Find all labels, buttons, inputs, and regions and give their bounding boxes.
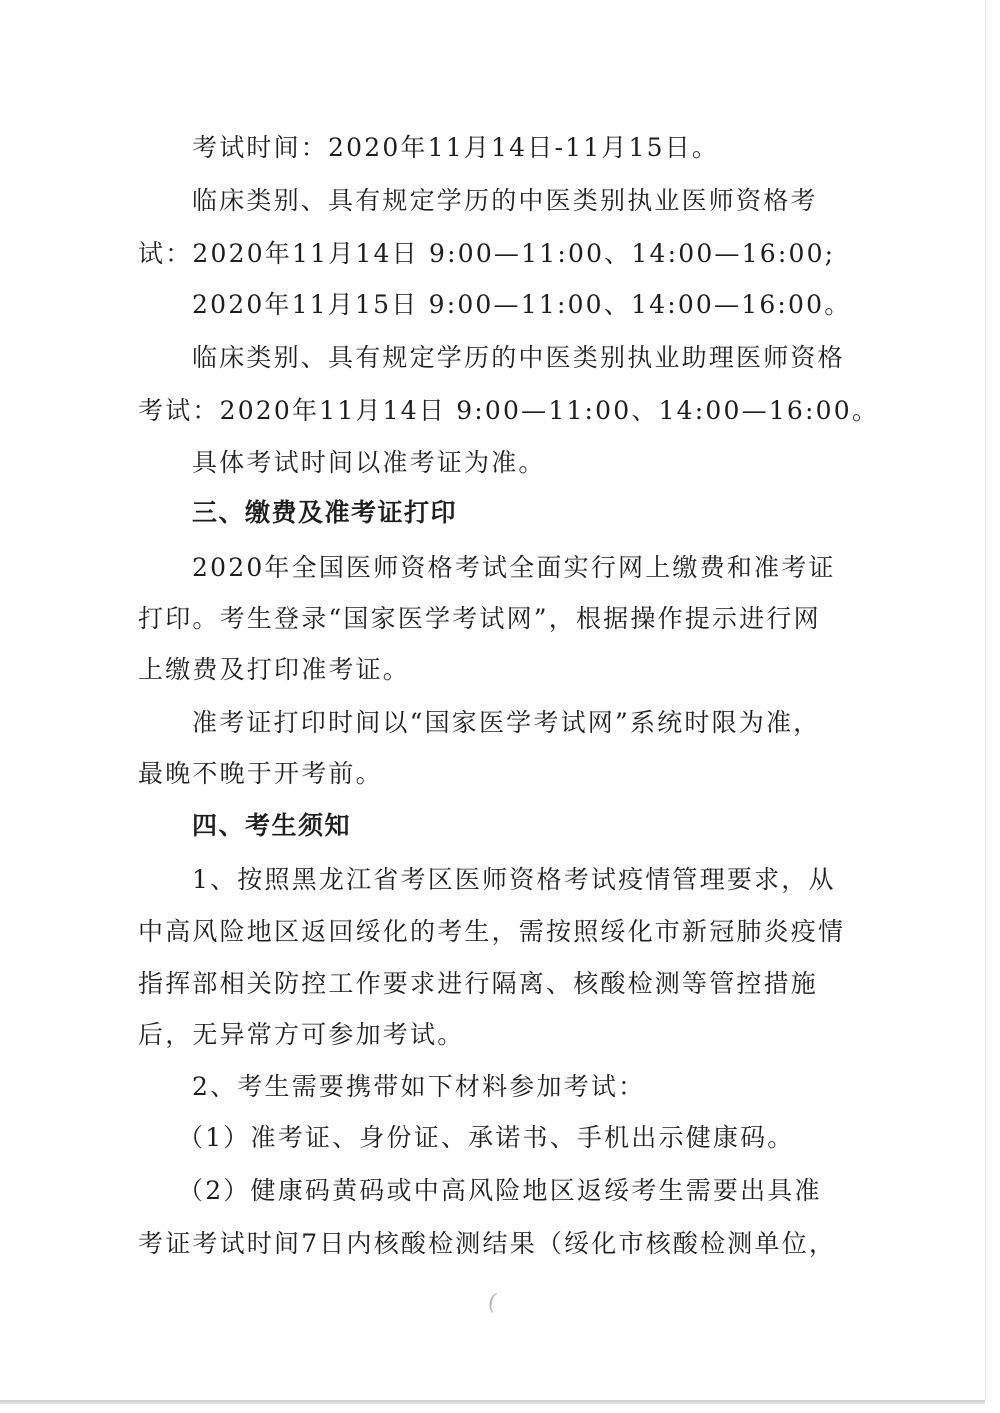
text-line: 临床类别、具有规定学历的中医类别执业助理医师资格 — [192, 343, 845, 373]
section-heading-notice: 四、考生须知 — [192, 811, 351, 841]
text-line: 试：2020年11月14日 9:00—11:00、14:00—16:00; — [138, 239, 835, 269]
text-line: 打印。考生登录“国家医学考试网”，根据操作提示进行网 — [138, 604, 821, 634]
text-line: 1、按照黑龙江省考区医师资格考试疫情管理要求，从 — [192, 865, 836, 895]
text-line: 2020年11月15日 9:00—11:00、14:00—16:00。 — [192, 290, 851, 320]
text-line: 准考证打印时间以“国家医学考试网”系统时限为准， — [192, 708, 820, 738]
text-line: 最晚不晚于开考前。 — [138, 759, 383, 789]
text-line: 临床类别、具有规定学历的中医类别执业医师资格考 — [192, 186, 818, 216]
text-line: 上缴费及打印准考证。 — [138, 655, 410, 685]
text-line: （1）准考证、身份证、承诺书、手机出示健康码。 — [178, 1123, 795, 1153]
text-line: 2020年全国医师资格考试全面实行网上缴费和准考证 — [192, 553, 836, 583]
text-line: （2）健康码黄码或中高风险地区返绥考生需要出具准 — [178, 1176, 822, 1206]
text-line: 后，无异常方可参加考试。 — [138, 1020, 464, 1050]
text-line: 2、考生需要携带如下材料参加考试： — [192, 1072, 645, 1102]
section-heading-payment: 三、缴费及准考证打印 — [192, 498, 457, 528]
text-line: 指挥部相关防控工作要求进行隔离、核酸检测等管控措施 — [138, 969, 818, 999]
text-line: 考试：2020年11月14日 9:00—11:00、14:00—16:00。 — [138, 396, 879, 426]
stray-pen-mark: ( — [485, 1289, 499, 1315]
text-line: 考试时间：2020年11月14日-11月15日。 — [192, 133, 719, 163]
page-bottom-edge — [0, 1400, 985, 1404]
text-line: 中高风险地区返回绥化的考生，需按照绥化市新冠肺炎疫情 — [138, 917, 845, 947]
page-right-edge — [985, 0, 986, 1400]
text-line: 具体考试时间以准考证为准。 — [192, 448, 546, 478]
document-page: 考试时间：2020年11月14日-11月15日。 临床类别、具有规定学历的中医类… — [0, 0, 1000, 1413]
text-line: 考证考试时间7日内核酸检测结果（绥化市核酸检测单位， — [138, 1229, 836, 1259]
